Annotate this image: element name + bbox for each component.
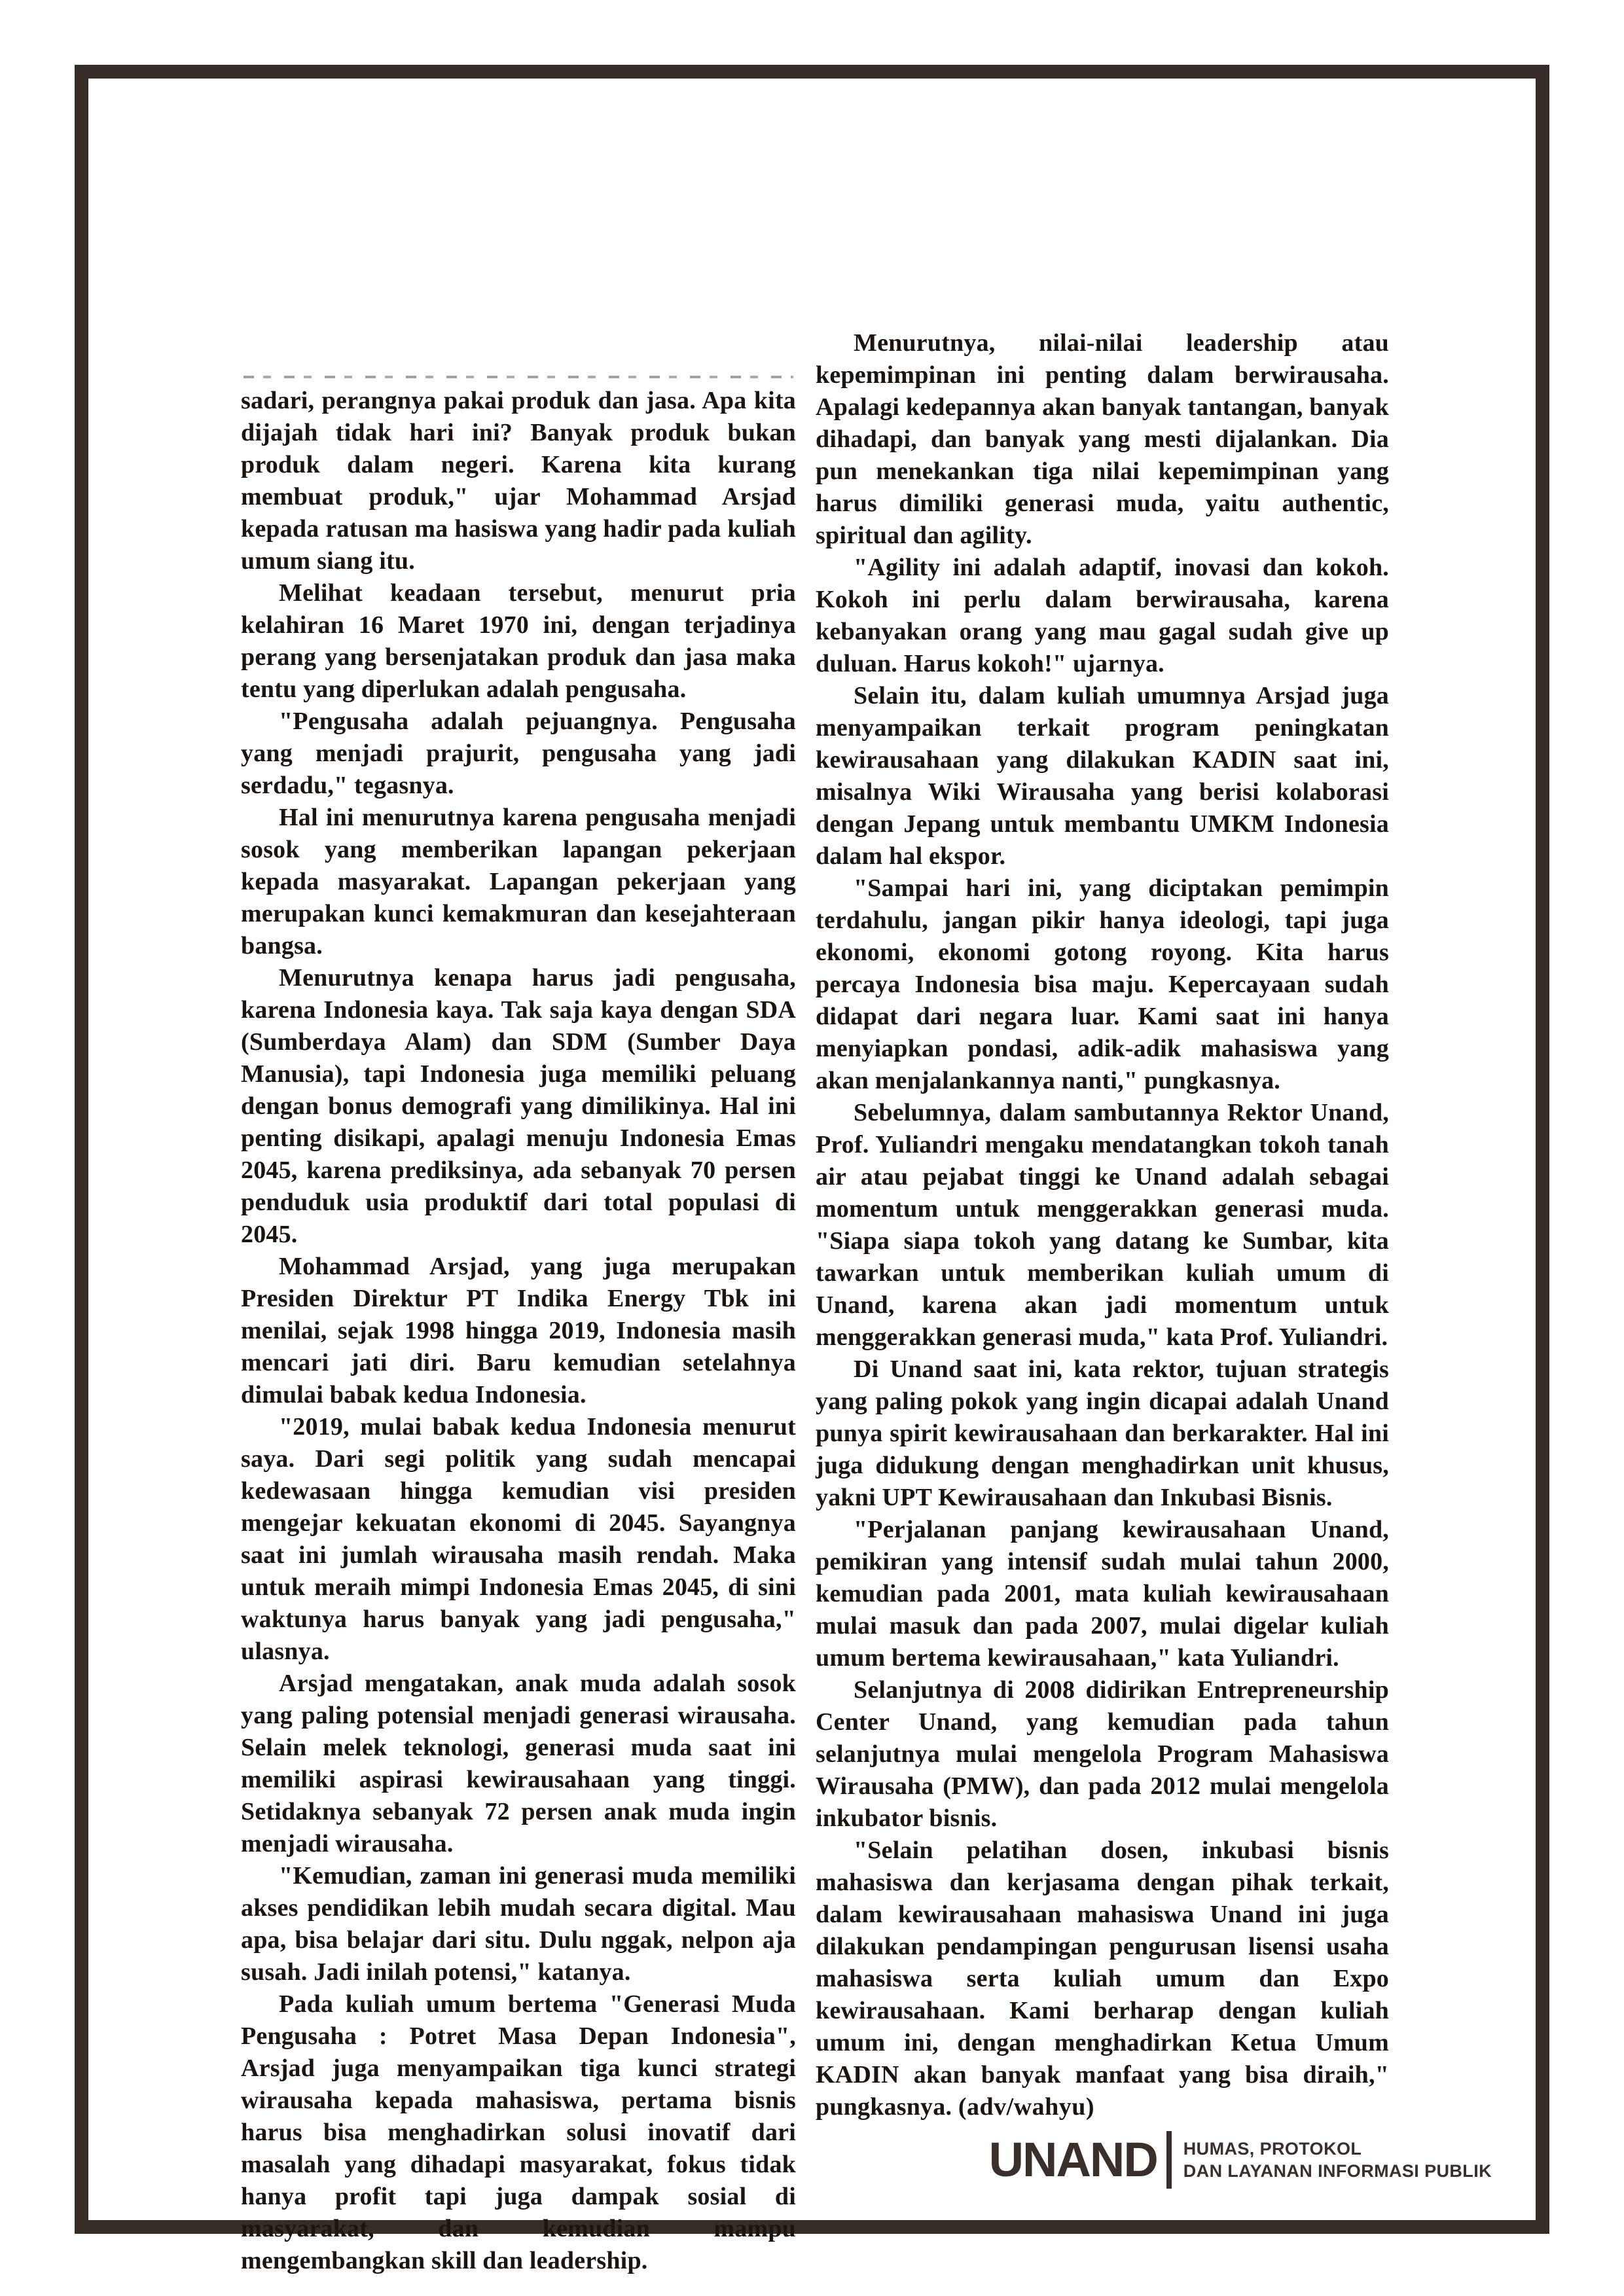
paragraph: "Perjalanan panjang kewirausahaan Unand,… (816, 1514, 1389, 1674)
paragraph: sadari, perangnya pakai produk dan jasa.… (241, 385, 796, 577)
article-column-left: sadari, perangnya pakai produk dan jasa.… (241, 385, 796, 2277)
paragraph: "Pengusaha adalah pejuangnya. Pengusaha … (241, 706, 796, 802)
paragraph: Mohammad Arsjad, yang juga merupakan Pre… (241, 1251, 796, 1411)
logo-divider-bar (1166, 2131, 1172, 2189)
paragraph: Menurutnya, nilai-nilai leadership atau … (816, 327, 1389, 552)
paragraph: "Selain pelatihan dosen, inkubasi bisnis… (816, 1835, 1389, 2123)
paragraph: Sebelumnya, dalam sambutannya Rektor Una… (816, 1097, 1389, 1354)
paragraph: "2019, mulai babak kedua Indonesia menur… (241, 1411, 796, 1668)
paragraph: Selanjutnya di 2008 didirikan Entreprene… (816, 1674, 1389, 1835)
paragraph: Di Unand saat ini, kata rektor, tujuan s… (816, 1354, 1389, 1514)
unand-logo: UNAND HUMAS, PROTOKOL DAN LAYANAN INFORM… (989, 2131, 1492, 2189)
scanned-article-page: { "page": { "kind": "scanned newspaper a… (0, 0, 1624, 2296)
paragraph: Menurutnya kenapa harus jadi pengusaha, … (241, 962, 796, 1251)
paragraph: Pada kuliah umum bertema "Generasi Muda … (241, 1988, 796, 2277)
logo-subtitle-line1: HUMAS, PROTOKOL (1183, 2138, 1492, 2160)
paragraph-text: "Selain pelatihan dosen, inkubasi bisnis… (816, 1837, 1389, 2121)
logo-subtitle-line2: DAN LAYANAN INFORMASI PUBLIK (1183, 2160, 1492, 2182)
paragraph: "Agility ini adalah adaptif, inovasi dan… (816, 552, 1389, 680)
author-credit: (adv/wahyu) (958, 2093, 1094, 2121)
paragraph: Hal ini menurutnya karena pengusaha menj… (241, 802, 796, 962)
paragraph: Selain itu, dalam kuliah umumnya Arsjad … (816, 680, 1389, 872)
unand-wordmark: UNAND (989, 2136, 1157, 2184)
logo-subtitle: HUMAS, PROTOKOL DAN LAYANAN INFORMASI PU… (1183, 2138, 1492, 2182)
paragraph: Melihat keadaan tersebut, menurut pria k… (241, 577, 796, 706)
paragraph: "Sampai hari ini, yang diciptakan pemimp… (816, 872, 1389, 1097)
article-column-right: Menurutnya, nilai-nilai leadership atau … (816, 327, 1389, 2123)
scan-artifact-line (244, 376, 793, 378)
paragraph: "Kemudian, zaman ini generasi muda memil… (241, 1860, 796, 1988)
paragraph: Arsjad mengatakan, anak muda adalah soso… (241, 1668, 796, 1860)
